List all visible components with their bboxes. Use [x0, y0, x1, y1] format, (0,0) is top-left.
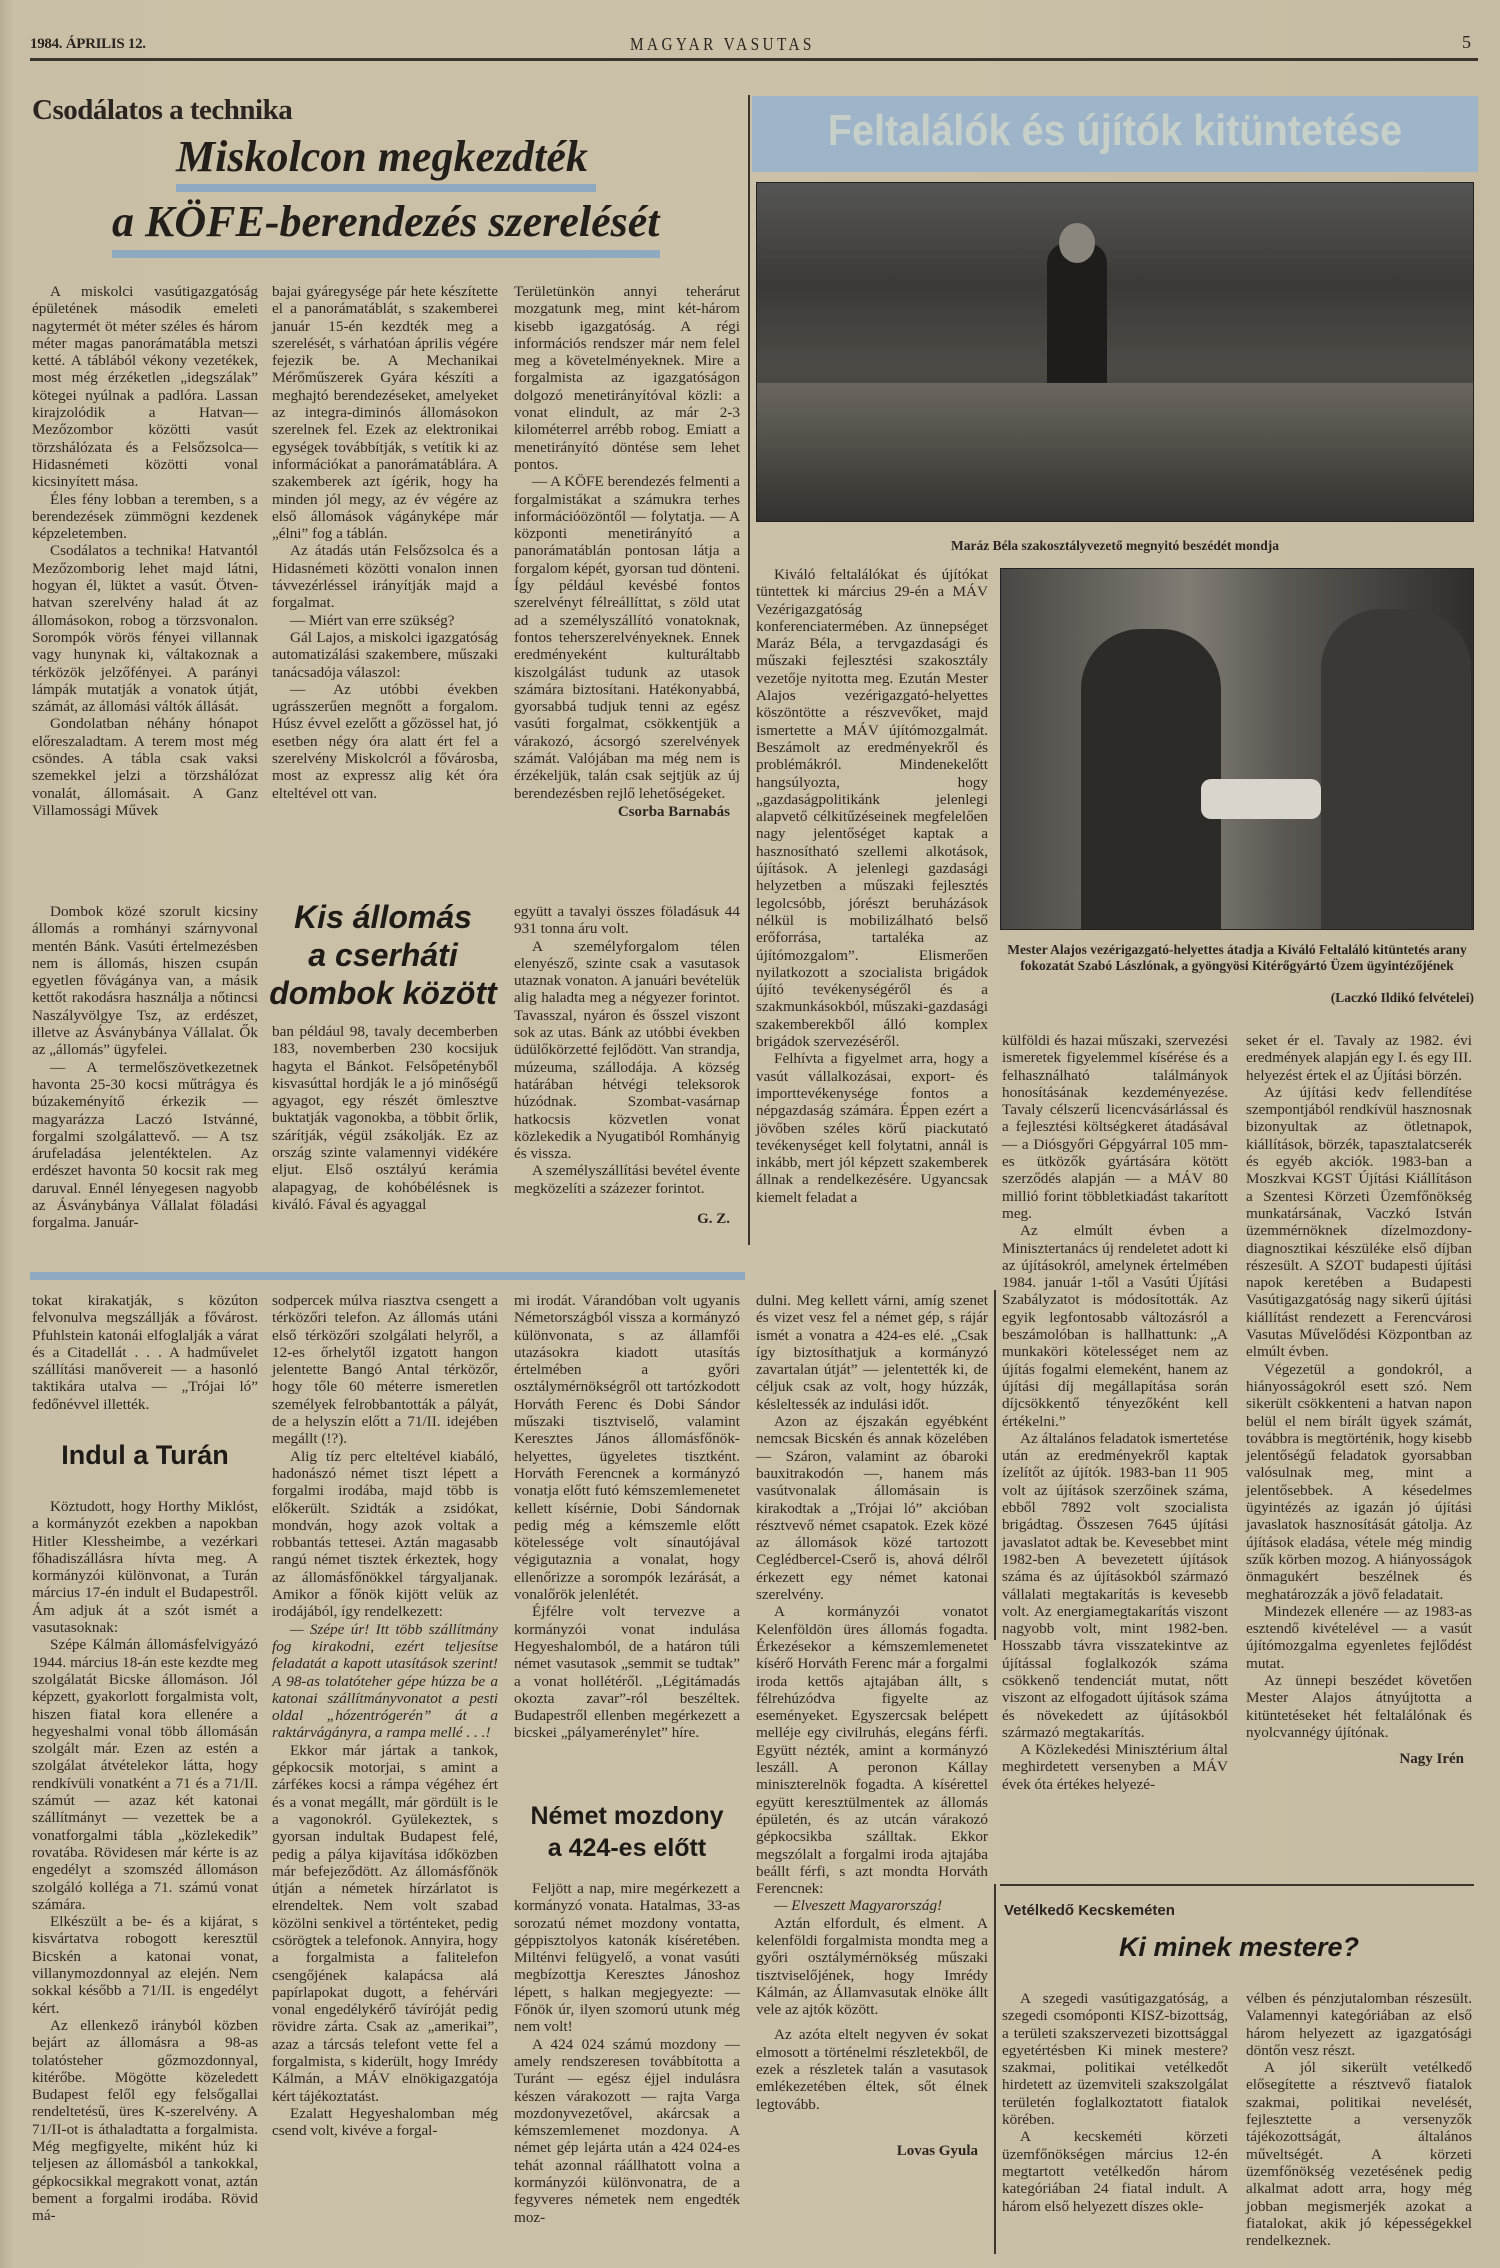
- section-band-blue: [30, 1272, 745, 1280]
- turan-column-3b: Feljött a nap, mire megérkezett a kormán…: [514, 1880, 740, 2226]
- awards-banner: Feltalálók és újítók kitüntetése: [752, 96, 1478, 172]
- kecskemet-column-2: vélben és pénzjutalomban részesült. Vala…: [1246, 1990, 1472, 2249]
- photo-speech-caption: Maráz Béla szakosztályvezető megnyitó be…: [756, 538, 1474, 554]
- turan-subhead-2: Német mozdony a 424-es előtt: [514, 1800, 740, 1864]
- kecskemet-top-rule: [1000, 1884, 1474, 1886]
- kofe-column-2: bajai gyáregysége pár hete készítette el…: [272, 283, 498, 802]
- kofe-column-3: Területünkön annyi teherárut mozgatunk m…: [514, 283, 740, 821]
- turan-column-3: mi irodát. Várandóban volt ugyanis Német…: [514, 1292, 740, 1742]
- kofe-headline-rule1: [176, 184, 596, 192]
- kecskemet-kicker: Vetélkedő Kecskeméten: [1004, 1902, 1175, 1919]
- awards-column-1: Kiváló feltalálókat és újítókat tüntette…: [756, 566, 988, 1206]
- awards-column-3: seket ér el. Tavaly az 1982. évi eredmén…: [1246, 1032, 1472, 1768]
- kofe-headline-line2: a KÖFE-berendezés szerelését: [112, 196, 660, 247]
- paper-name: MAGYAR VASUTAS: [630, 34, 815, 55]
- kecskemet-column-1: A szegedi vasútigazgatóság, a szegedi cs…: [1002, 1990, 1228, 2215]
- turan-subhead: Indul a Turán: [32, 1440, 258, 1471]
- turan-column-2: sodpercek múlva riasztva csengett a térk…: [272, 1292, 498, 2140]
- photo-award-handover: [1000, 568, 1474, 930]
- awards-byline: Nagy Irén: [1246, 1751, 1472, 1768]
- awards-col-divider: [994, 1290, 996, 1640]
- bank-byline: G. Z.: [514, 1211, 740, 1228]
- bank-headline: Kis állomás a cserháti dombok között: [258, 898, 508, 1012]
- photo-speech: [756, 182, 1474, 522]
- photo-award-caption: Mester Alajos vezérigazgató-helyettes át…: [1000, 942, 1474, 974]
- column-divider: [748, 95, 750, 1245]
- turan-intro: tokat kirakatják, s közúton felvonulva m…: [32, 1292, 258, 1413]
- kofe-headline-rule2: [112, 250, 660, 258]
- kofe-headline-line1: Miskolcon megkezdték: [176, 131, 588, 182]
- kecskemet-headline: Ki minek mestere?: [1004, 1932, 1474, 1963]
- masthead: 1984. ÁPRILIS 12. MAGYAR VASUTAS 5: [30, 30, 1478, 60]
- turan-column-4: dulni. Meg kellett várni, amíg szenet és…: [756, 1292, 988, 2160]
- bank-column-2: ban például 98, tavaly decemberben 183, …: [272, 1023, 498, 1213]
- bank-column-3: együtt a tavalyi összes föladásuk 44 931…: [514, 903, 740, 1228]
- kofe-byline: Csorba Barnabás: [514, 804, 740, 821]
- bank-column-1: Dombok közé szorult kicsiny állomás a ro…: [32, 903, 258, 1232]
- awards-column-2: külföldi és hazai műszaki, szervezési is…: [1002, 1032, 1228, 1793]
- kofe-kicker: Csodálatos a technika: [32, 94, 292, 127]
- turan-column-1: Köztudott, hogy Horthy Miklóst, a kormán…: [32, 1498, 258, 2224]
- issue-date: 1984. ÁPRILIS 12.: [30, 36, 146, 53]
- awards-banner-title: Feltalálók és újítók kitüntetése: [788, 106, 1441, 156]
- turan-byline: Lovas Gyula: [756, 2143, 988, 2160]
- page-number: 5: [1462, 32, 1471, 53]
- kecskemet-left-rule: [994, 1884, 996, 2254]
- kofe-column-1: A miskolci vasútigazgatóság épületének m…: [32, 283, 258, 819]
- photo-credit: (Laczkó Ildikó felvételei): [1000, 990, 1474, 1006]
- masthead-rule: [30, 58, 1478, 61]
